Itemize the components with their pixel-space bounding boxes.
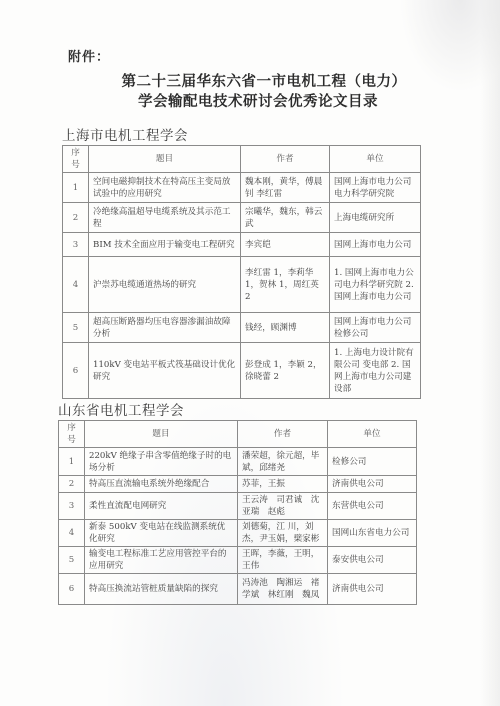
paper-unit: 泰安供电公司 [328, 547, 417, 574]
row-number: 3 [63, 233, 89, 257]
table-row: 6 特高压换流站管桩质量缺陷的探究 冯涛池 陶湘运 褚学斌 林红刚 魏凤 济南供… [59, 574, 417, 605]
table-row: 3 BIM 技术全面应用于输变电工程研究 李宾皑 国网上海市电力公司 [63, 233, 421, 257]
paper-authors: 宗曦华，魏东，韩云武 [241, 203, 330, 233]
paper-authors: 王晖，李薇，王明，王伟 [238, 547, 328, 574]
column-header-num: 序号 [59, 421, 85, 448]
row-number: 3 [59, 493, 85, 520]
paper-table-shandong: 序号 题目 作者 单位 1 220kV 绝缘子串含零值绝缘子时的电场分析 潘荣超… [58, 420, 417, 605]
paper-unit: 济南供电公司 [328, 574, 417, 605]
table-row: 1 220kV 绝缘子串含零值绝缘子时的电场分析 潘荣超，徐元超，毕斌，邱绪尧 … [59, 448, 417, 476]
paper-title: 110kV 变电站平板式筏基础设计优化研究 [89, 343, 241, 399]
paper-authors: 刘德菊，江 川，刘杰，尹玉娟，檗家彬 [238, 520, 328, 547]
table-row: 4 新泰 500kV 变电站在线监测系统优化研究 刘德菊，江 川，刘杰，尹玉娟，… [59, 520, 417, 547]
paper-unit: 东营供电公司 [328, 493, 417, 520]
paper-title: 冷绝缘高温超导电缆系统及其示范工程 [89, 203, 241, 233]
attachment-label: 附件： [68, 46, 110, 65]
section-title-shanghai: 上海市电机工程学会 [62, 124, 188, 144]
table-row: 1 空间电磁抑制技术在特高压主变局放试验中的应用研究 魏本刚，黄华，傅晨钊 李红… [63, 173, 421, 203]
table-row: 3 柔性直流配电网研究 王云涛 司君诚 沈亚瑞 赵彪 东营供电公司 [59, 493, 417, 520]
table-row: 5 输变电工程标准工艺应用管控平台的应用研究 王晖，李薇，王明，王伟 泰安供电公… [59, 547, 417, 574]
table-row: 6 110kV 变电站平板式筏基础设计优化研究 彭登成 1，李颖 2，徐晓蕾 2… [63, 343, 421, 399]
row-number: 1 [59, 448, 85, 476]
table-row: 4 沪崇苏电缆通道热场的研究 李红雷 1，李莉华 1，贺林 1，周红英 2 1.… [63, 257, 421, 313]
row-number: 5 [59, 547, 85, 574]
table-header-row: 序号 题目 作者 单位 [63, 146, 421, 173]
paper-authors: 冯涛池 陶湘运 褚学斌 林红刚 魏凤 [238, 574, 328, 605]
paper-title: 沪崇苏电缆通道热场的研究 [89, 257, 241, 313]
row-number: 1 [63, 173, 89, 203]
row-number: 5 [63, 313, 89, 343]
paper-title: 柔性直流配电网研究 [85, 493, 238, 520]
paper-title: 输变电工程标准工艺应用管控平台的应用研究 [85, 547, 238, 574]
section-title-shandong: 山东省电机工程学会 [58, 399, 184, 419]
row-number: 4 [59, 520, 85, 547]
paper-title: 超高压断路器均压电容器渗漏油故障分析 [89, 313, 241, 343]
paper-authors: 潘荣超，徐元超，毕斌，邱绪尧 [238, 448, 328, 476]
column-header-unit: 单位 [328, 421, 417, 448]
paper-title: 特高压直流输电系统外绝缘配合 [85, 476, 238, 493]
column-header-title: 题目 [85, 421, 238, 448]
document-title-line-2: 学会输配电技术研讨会优秀论文目录 [8, 90, 500, 111]
table-row: 5 超高压断路器均压电容器渗漏油故障分析 钱经，顾渊博 国网上海市电力公司检修公… [63, 313, 421, 343]
table-header-row: 序号 题目 作者 单位 [59, 421, 417, 448]
column-header-num: 序号 [63, 146, 89, 173]
paper-unit: 济南供电公司 [328, 476, 417, 493]
paper-unit: 国网上海市电力公司检修公司 [330, 313, 421, 343]
row-number: 2 [63, 203, 89, 233]
paper-unit: 国网上海市电力公司 [330, 233, 421, 257]
paper-authors: 苏菲，王振 [238, 476, 328, 493]
paper-authors: 王云涛 司君诚 沈亚瑞 赵彪 [238, 493, 328, 520]
paper-unit: 国网山东省电力公司 [328, 520, 417, 547]
paper-unit: 检修公司 [328, 448, 417, 476]
paper-authors: 魏本刚，黄华，傅晨钊 李红雷 [241, 173, 330, 203]
column-header-authors: 作者 [241, 146, 330, 173]
paper-title: 空间电磁抑制技术在特高压主变局放试验中的应用研究 [89, 173, 241, 203]
document-title-line-1: 第二十三届华东六省一市电机工程（电力） [14, 70, 500, 91]
paper-title: BIM 技术全面应用于输变电工程研究 [89, 233, 241, 257]
table-row: 2 冷绝缘高温超导电缆系统及其示范工程 宗曦华，魏东，韩云武 上海电缆研究所 [63, 203, 421, 233]
row-number: 6 [59, 574, 85, 605]
paper-title: 新泰 500kV 变电站在线监测系统优化研究 [85, 520, 238, 547]
paper-title: 特高压换流站管桩质量缺陷的探究 [85, 574, 238, 605]
paper-authors: 李红雷 1，李莉华 1，贺林 1，周红英 2 [241, 257, 330, 313]
column-header-title: 题目 [89, 146, 241, 173]
paper-authors: 李宾皑 [241, 233, 330, 257]
row-number: 4 [63, 257, 89, 313]
row-number: 2 [59, 476, 85, 493]
paper-unit: 1. 国网上海市电力公司电力科学研究院 2. 国网上海市电力公司 [330, 257, 421, 313]
paper-unit: 国网上海市电力公司电力科学研究院 [330, 173, 421, 203]
column-header-authors: 作者 [238, 421, 328, 448]
table-row: 2 特高压直流输电系统外绝缘配合 苏菲，王振 济南供电公司 [59, 476, 417, 493]
paper-title: 220kV 绝缘子串含零值绝缘子时的电场分析 [85, 448, 238, 476]
paper-authors: 钱经，顾渊博 [241, 313, 330, 343]
paper-table-shanghai: 序号 题目 作者 单位 1 空间电磁抑制技术在特高压主变局放试验中的应用研究 魏… [62, 145, 421, 399]
column-header-unit: 单位 [330, 146, 421, 173]
row-number: 6 [63, 343, 89, 399]
paper-authors: 彭登成 1，李颖 2，徐晓蕾 2 [241, 343, 330, 399]
paper-unit: 1. 上海电力设计院有限公司 变电部 2. 国网上海市电力公司建设部 [330, 343, 421, 399]
paper-unit: 上海电缆研究所 [330, 203, 421, 233]
